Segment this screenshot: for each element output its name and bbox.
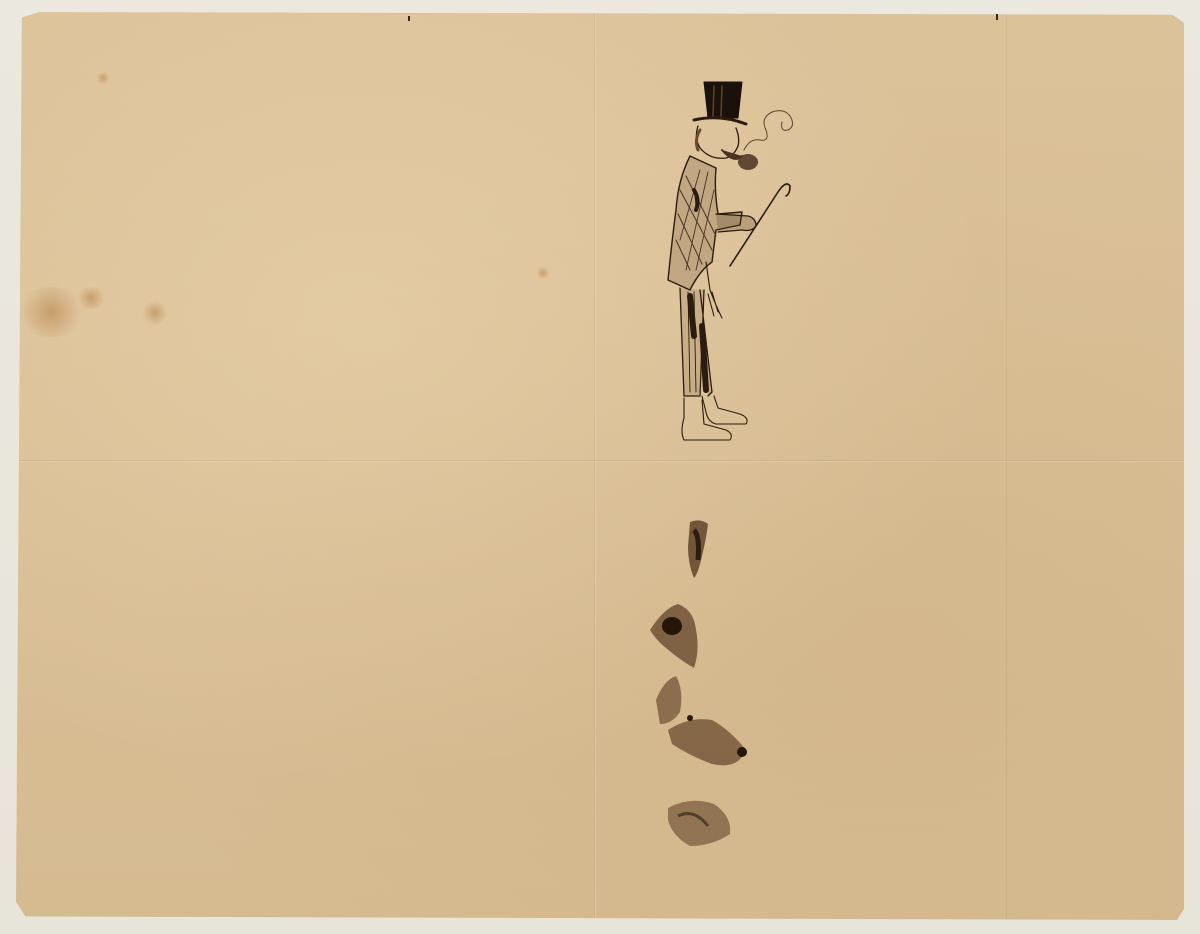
horizontal-fold-line [16,460,1184,462]
secondary-fold-line [1006,12,1007,920]
foxing-stain [96,72,110,84]
foxing-stain [141,302,169,324]
paper-sheet [16,12,1184,920]
vertical-fold-line [594,12,596,920]
foxing-stain [76,287,106,309]
foxing-stain [536,267,550,279]
